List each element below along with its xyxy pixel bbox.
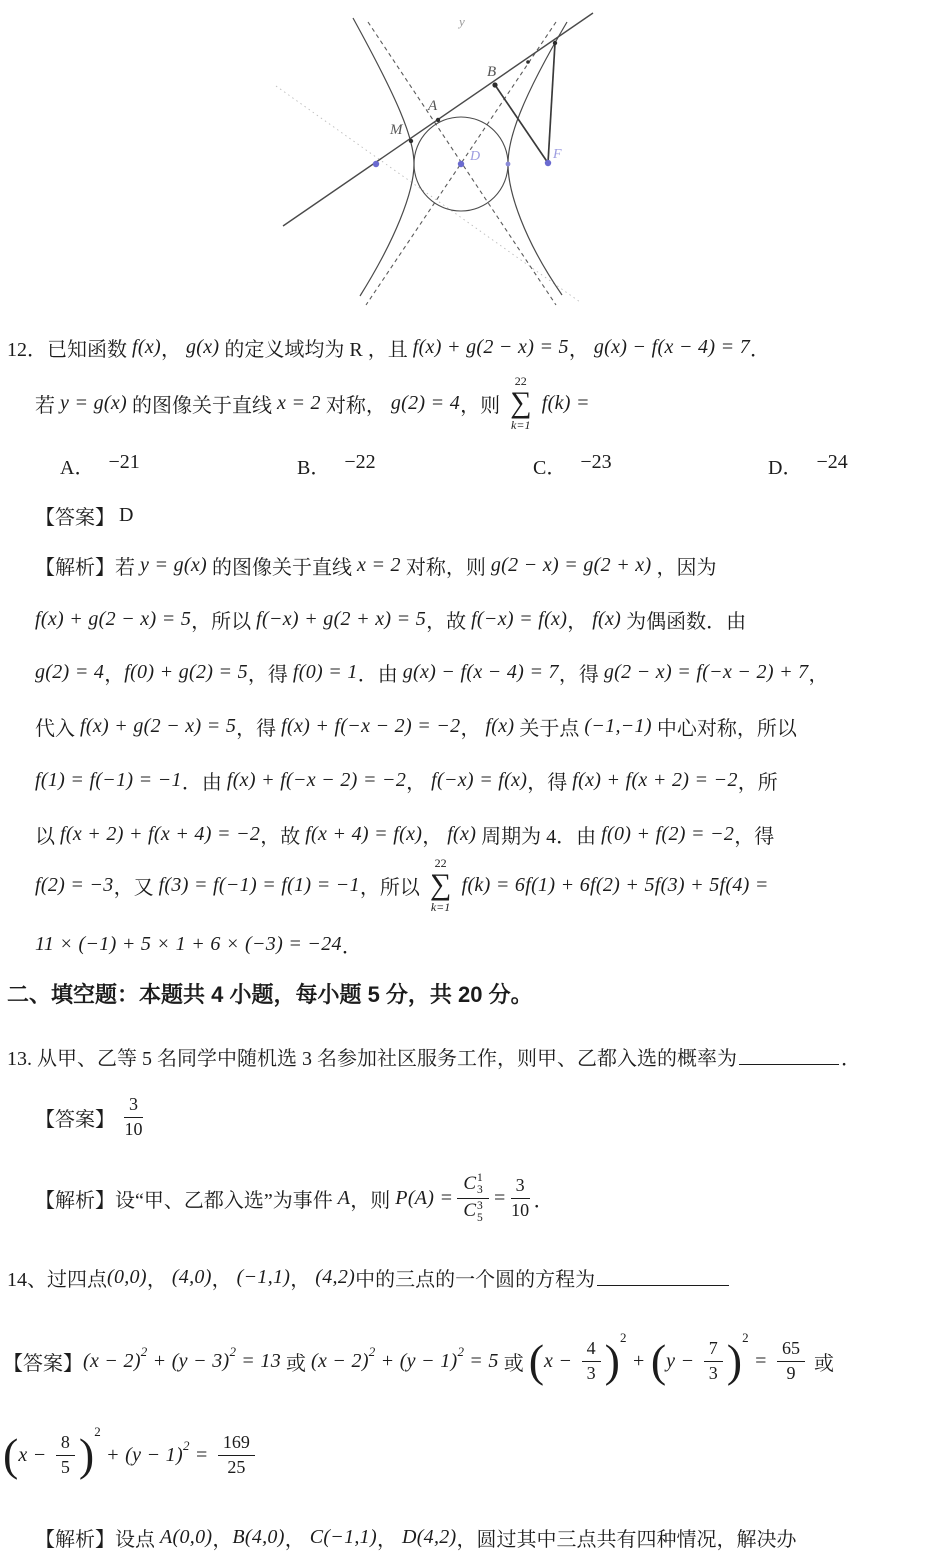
point-m-dot bbox=[409, 139, 413, 143]
option-c: C．−23 bbox=[533, 451, 612, 480]
section-2-title: 二、填空题：本题共 4 小题，每小题 5 分，共 20 分。 bbox=[7, 978, 533, 1009]
question-14: 14、过四点(0,0)， (4,0)， (−1,1)， (4,2)中的三点的一个… bbox=[7, 1261, 731, 1293]
question-13-answer: 【答案】 310 bbox=[35, 1090, 147, 1144]
q12-analysis-line-4: 代入 f(x) + g(2 − x) = 5，得 f(x) + f(−x − 2… bbox=[35, 710, 797, 742]
question-14-analysis: 【解析】设点 A(0,0)，B(4,0)， C(−1,1)， D(4,2)，圆过… bbox=[35, 1520, 797, 1554]
label-m: M bbox=[389, 122, 404, 138]
option-d: D．−24 bbox=[768, 451, 848, 480]
option-b-value: −22 bbox=[344, 451, 375, 480]
q12-analysis-line-6: 以 f(x + 2) + f(x + 4) = −2，故 f(x + 4) = … bbox=[35, 818, 774, 850]
q12-analysis-line-7: f(2) = −3，又 f(3) = f(−1) = f(1) = −1，所以 … bbox=[35, 850, 769, 920]
option-a: A．−21 bbox=[60, 451, 140, 480]
question-12-line-2: 若 y = g(x) 的图像关于直线 x = 2 对称， g(2) = 4，则 … bbox=[35, 366, 590, 440]
midpoint-tick bbox=[526, 60, 530, 64]
option-a-value: −21 bbox=[108, 451, 139, 480]
question-12-answer: 【答案】D bbox=[35, 499, 133, 531]
question-13: 13. 从甲、乙等 5 名同学中随机选 3 名参加社区服务工作，则甲、乙都入选的… bbox=[7, 1040, 861, 1072]
vertex-dot bbox=[506, 162, 511, 167]
point-t-dot bbox=[553, 41, 557, 45]
option-c-value: −23 bbox=[580, 451, 611, 480]
exam-solution-page: y B A M D F 12．已知函数 f(x)， g(x) 的定义域均为 R … bbox=[0, 0, 945, 1556]
section-2-header: 二、填空题：本题共 4 小题，每小题 5 分，共 20 分。 bbox=[7, 976, 533, 1010]
option-d-label: D． bbox=[768, 451, 802, 480]
question-13-analysis: 【解析】设“甲、乙都入选”为事件 A，则 P(A) =C13C35=310． bbox=[35, 1168, 554, 1228]
point-a-dot bbox=[436, 118, 440, 122]
question-14-answer-line-1: 【答案】(x − 2)2 + (y − 3)2 = 13 或 (x − 2)2 … bbox=[3, 1320, 834, 1402]
left-focus-dot bbox=[373, 161, 379, 167]
q12-analysis-line-5: f(1) = f(−1) = −1．由 f(x) + f(−x − 2) = −… bbox=[35, 764, 778, 796]
label-f: F bbox=[552, 147, 562, 162]
point-b-dot bbox=[492, 82, 497, 87]
label-y: y bbox=[457, 14, 465, 29]
q12-analysis-line-2: f(x) + g(2 − x) = 5，所以 f(−x) + g(2 + x) … bbox=[35, 603, 746, 635]
point-f-dot bbox=[545, 160, 551, 166]
q12-analysis-line-1: 【解析】若 y = g(x) 的图像关于直线 x = 2 对称，则 g(2 − … bbox=[35, 549, 716, 581]
option-a-label: A． bbox=[60, 451, 94, 480]
answer-label: 【答案】 bbox=[35, 501, 115, 530]
option-b: B．−22 bbox=[297, 451, 376, 480]
center-d-dot bbox=[458, 161, 464, 167]
question-12-line-1: 12．已知函数 f(x)， g(x) 的定义域均为 R ，且 f(x) + g(… bbox=[7, 331, 770, 363]
question-14-answer-line-2: (x − 85)2 + (y − 1)2 = 16925 bbox=[3, 1414, 259, 1496]
triangle-side-tf bbox=[548, 43, 555, 163]
construction-line bbox=[276, 86, 580, 302]
option-b-label: B． bbox=[297, 451, 330, 480]
question-12-options-row: A．−21 B．−22 C．−23 D．−24 bbox=[0, 449, 945, 481]
label-d: D bbox=[469, 149, 480, 164]
option-c-label: C． bbox=[533, 451, 566, 480]
q12-analysis-line-8: 11 × (−1) + 5 × 1 + 6 × (−3) = −24． bbox=[35, 928, 362, 960]
triangle-side-bf bbox=[495, 85, 548, 163]
q12-analysis-line-3: g(2) = 4，f(0) + g(2) = 5，得 f(0) = 1．由 g(… bbox=[35, 656, 828, 688]
label-a: A bbox=[427, 98, 438, 114]
option-d-value: −24 bbox=[816, 451, 847, 480]
hyperbola-figure: y B A M D F bbox=[0, 0, 945, 315]
label-b: B bbox=[487, 64, 496, 80]
answer-value: D bbox=[119, 504, 133, 527]
